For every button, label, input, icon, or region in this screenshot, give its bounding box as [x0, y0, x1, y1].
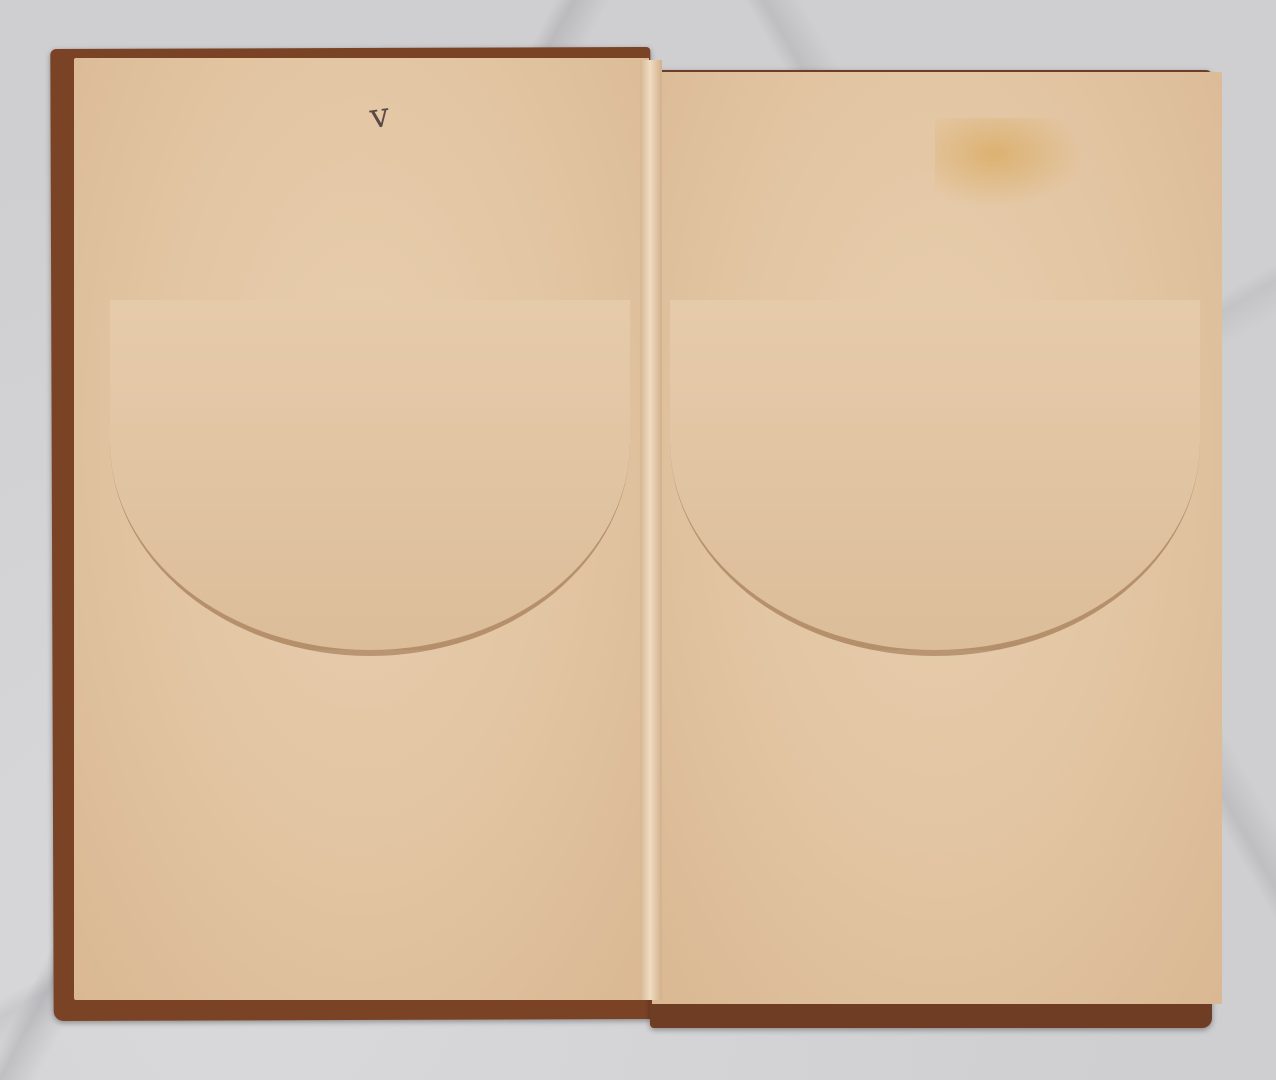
yellow-stain [935, 118, 1085, 208]
book-spine-gutter [640, 60, 662, 1000]
photo-scene: v [0, 0, 1276, 1080]
